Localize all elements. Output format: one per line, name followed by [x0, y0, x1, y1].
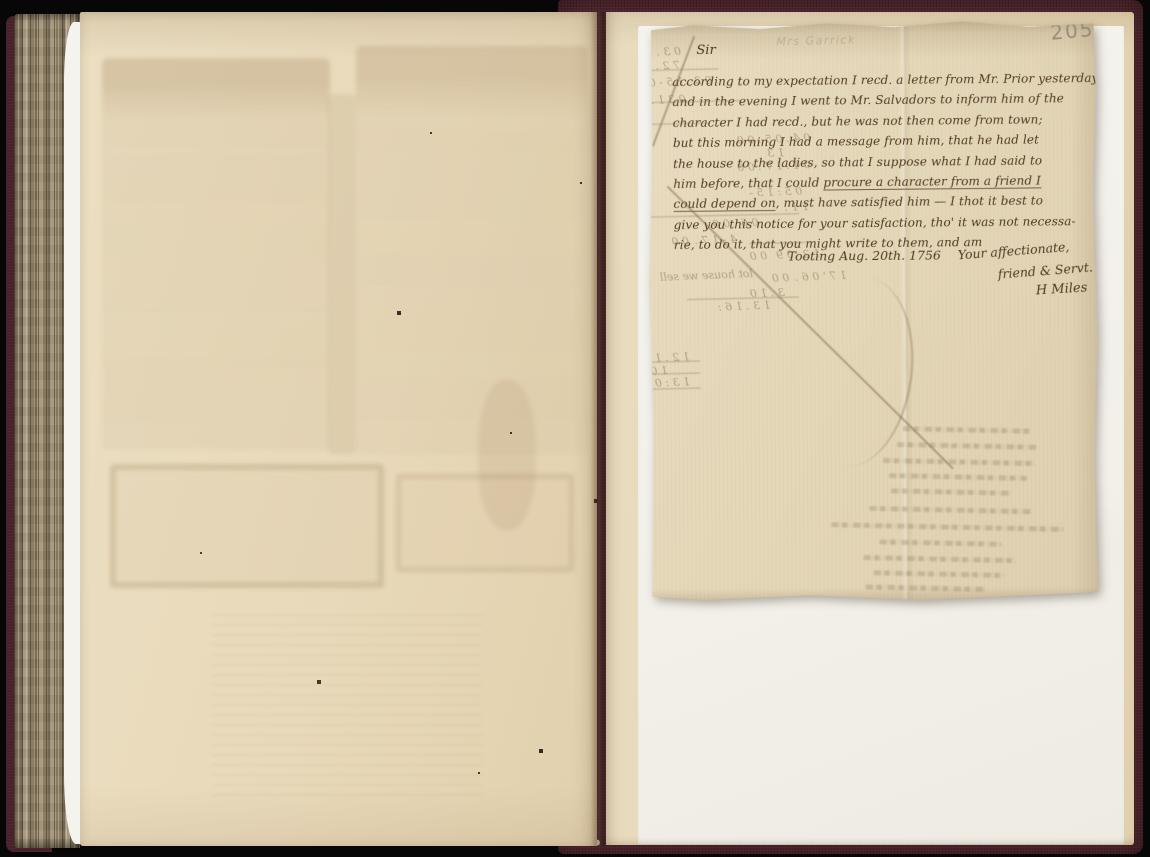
- show-through-rule: [642, 373, 700, 375]
- offset-text-ghost: [212, 606, 482, 796]
- offset-stain-large-right: [356, 46, 588, 454]
- signature: H Miles: [1035, 280, 1087, 298]
- album-page-left: [80, 12, 597, 846]
- photograph-of-open-album: 205 Mrs Garrick Sir according to my expe…: [0, 0, 1150, 857]
- manuscript-letter: 205 Mrs Garrick Sir according to my expe…: [648, 21, 1099, 602]
- pencil-inscription: Mrs Garrick: [776, 33, 856, 48]
- foxing-specks: [80, 12, 82, 14]
- folio-number: 205: [1049, 17, 1095, 45]
- closing-line: friend & Servt.: [997, 259, 1093, 281]
- show-through-rule: [649, 68, 719, 71]
- salutation: Sir: [696, 43, 715, 58]
- offset-stain-vertical-band: [328, 94, 356, 454]
- offset-stain-outline-right: [396, 474, 574, 572]
- show-through-rule: [642, 388, 700, 390]
- letter-sheet: 205 Mrs Garrick Sir according to my expe…: [648, 21, 1099, 602]
- offset-stain-outline-left: [110, 464, 384, 588]
- offset-stain-large-left: [102, 58, 330, 450]
